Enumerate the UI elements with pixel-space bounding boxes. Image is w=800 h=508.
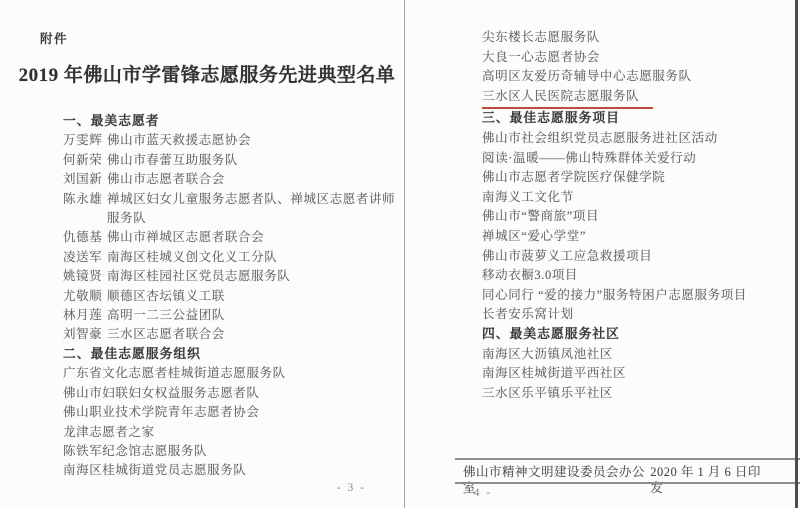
project-item: 佛山市社会组织党员志愿服务进社区活动 bbox=[482, 129, 786, 149]
imprint-rule-bottom bbox=[455, 482, 800, 484]
organization-item: 高明区友爱历奇辅导中心志愿服务队 bbox=[482, 67, 786, 87]
volunteer-org: 顺德区杏坛镇义工联 bbox=[107, 287, 397, 306]
volunteer-row: 刘智豪 三水区志愿者联合会 bbox=[63, 325, 397, 344]
imprint-row: 佛山市精神文明建设委员会办公室 2020 年 1 月 6 日印发 bbox=[463, 464, 769, 496]
page-number-left: - 3 - bbox=[0, 482, 366, 494]
volunteer-name: 尤敬顺 bbox=[63, 287, 107, 306]
organization-item-highlighted: 三水区人民医院志愿服务队 bbox=[482, 87, 786, 110]
volunteer-row: 仇德基 佛山市禅城区志愿者联合会 bbox=[63, 228, 397, 247]
volunteer-name: 陈永雄 bbox=[63, 190, 107, 229]
volunteer-org: 佛山市志愿者联合会 bbox=[107, 170, 397, 189]
volunteer-org: 禅城区妇女儿童服务志愿者队、禅城区志愿者讲师服务队 bbox=[107, 190, 397, 229]
page-divider-line bbox=[404, 0, 405, 508]
volunteer-name: 姚镜贤 bbox=[63, 267, 107, 286]
volunteer-row: 林月莲 高明一二三公益团队 bbox=[63, 306, 397, 325]
volunteer-name: 林月莲 bbox=[63, 306, 107, 325]
project-item: 佛山市“警商旅”项目 bbox=[482, 207, 786, 227]
project-item: 移动衣橱3.0项目 bbox=[482, 266, 786, 286]
volunteer-org: 南海区桂城义创文化义工分队 bbox=[107, 248, 397, 267]
volunteer-name: 凌送军 bbox=[63, 248, 107, 267]
community-item: 三水区乐平镇乐平社区 bbox=[482, 384, 786, 404]
volunteer-name: 万雯辉 bbox=[63, 131, 107, 150]
project-item: 佛山市志愿者学院医疗保健学院 bbox=[482, 168, 786, 188]
red-underlined-text: 三水区人民医院志愿服务队 bbox=[482, 87, 653, 110]
project-item: 同心同行 “爱的接力”服务特困户志愿服务项目 bbox=[482, 286, 786, 306]
document-scan: 附件 2019 年佛山市学雷锋志愿服务先进典型名单 一、最美志愿者 万雯辉 佛山… bbox=[0, 0, 800, 508]
volunteer-row: 何新荣 佛山市春蕾互助服务队 bbox=[63, 151, 397, 170]
organization-item: 佛山市妇联妇女权益服务志愿者队 bbox=[63, 384, 397, 403]
organization-item: 佛山职业技术学院青年志愿者协会 bbox=[63, 403, 397, 422]
volunteer-row: 姚镜贤 南海区桂园社区党员志愿服务队 bbox=[63, 267, 397, 286]
page-edge-line bbox=[795, 0, 798, 508]
section-2-heading: 二、最佳志愿服务组织 bbox=[63, 345, 397, 364]
organization-item: 广东省文化志愿者桂城街道志愿服务队 bbox=[63, 364, 397, 383]
left-page-list: 一、最美志愿者 万雯辉 佛山市蓝天救援志愿协会 何新荣 佛山市春蕾互助服务队 刘… bbox=[63, 112, 397, 481]
organization-item: 尖东楼长志愿服务队 bbox=[482, 28, 786, 48]
volunteer-org: 南海区桂园社区党员志愿服务队 bbox=[107, 267, 397, 286]
document-title: 2019 年佛山市学雷锋志愿服务先进典型名单 bbox=[0, 60, 404, 87]
organization-item: 龙津志愿者之家 bbox=[63, 423, 397, 442]
organization-item: 陈铁军纪念馆志愿服务队 bbox=[63, 442, 397, 461]
imprint-date: 2020 年 1 月 6 日印发 bbox=[650, 464, 769, 496]
organization-item: 南海区桂城街道党员志愿服务队 bbox=[63, 461, 397, 480]
project-item: 阅读·温暖——佛山特殊群体关爱行动 bbox=[482, 149, 786, 169]
project-item: 长者安乐窝计划 bbox=[482, 305, 786, 325]
volunteer-org: 佛山市蓝天救援志愿协会 bbox=[107, 131, 397, 150]
volunteer-org: 高明一二三公益团队 bbox=[107, 306, 397, 325]
community-item: 南海区大沥镇凤池社区 bbox=[482, 345, 786, 365]
section-4-heading: 四、最美志愿服务社区 bbox=[482, 325, 786, 345]
page-number-right: - 4 - bbox=[463, 487, 492, 499]
volunteer-row: 凌送军 南海区桂城义创文化义工分队 bbox=[63, 248, 397, 267]
volunteer-org: 佛山市禅城区志愿者联合会 bbox=[107, 228, 397, 247]
volunteer-name: 何新荣 bbox=[63, 151, 107, 170]
organization-item: 大良一心志愿者协会 bbox=[482, 48, 786, 68]
project-item: 佛山市菠萝义工应急救援项目 bbox=[482, 247, 786, 267]
volunteer-row: 刘国新 佛山市志愿者联合会 bbox=[63, 170, 397, 189]
project-item: 南海义工文化节 bbox=[482, 188, 786, 208]
section-1-heading: 一、最美志愿者 bbox=[63, 112, 397, 131]
project-item: 禅城区“爱心学堂” bbox=[482, 227, 786, 247]
volunteer-row: 尤敬顺 顺德区杏坛镇义工联 bbox=[63, 287, 397, 306]
right-page-list: 尖东楼长志愿服务队 大良一心志愿者协会 高明区友爱历奇辅导中心志愿服务队 三水区… bbox=[482, 28, 786, 403]
volunteer-name: 刘国新 bbox=[63, 170, 107, 189]
imprint-rule-top bbox=[455, 458, 800, 460]
attachment-label: 附件 bbox=[40, 29, 68, 47]
volunteer-name: 仇德基 bbox=[63, 228, 107, 247]
volunteer-row: 陈永雄 禅城区妇女儿童服务志愿者队、禅城区志愿者讲师服务队 bbox=[63, 190, 397, 229]
volunteer-org: 三水区志愿者联合会 bbox=[107, 325, 397, 344]
volunteer-row: 万雯辉 佛山市蓝天救援志愿协会 bbox=[63, 131, 397, 150]
community-item: 南海区桂城街道平西社区 bbox=[482, 364, 786, 384]
volunteer-org: 佛山市春蕾互助服务队 bbox=[107, 151, 397, 170]
volunteer-name: 刘智豪 bbox=[63, 325, 107, 344]
section-3-heading: 三、最佳志愿服务项目 bbox=[482, 109, 786, 129]
